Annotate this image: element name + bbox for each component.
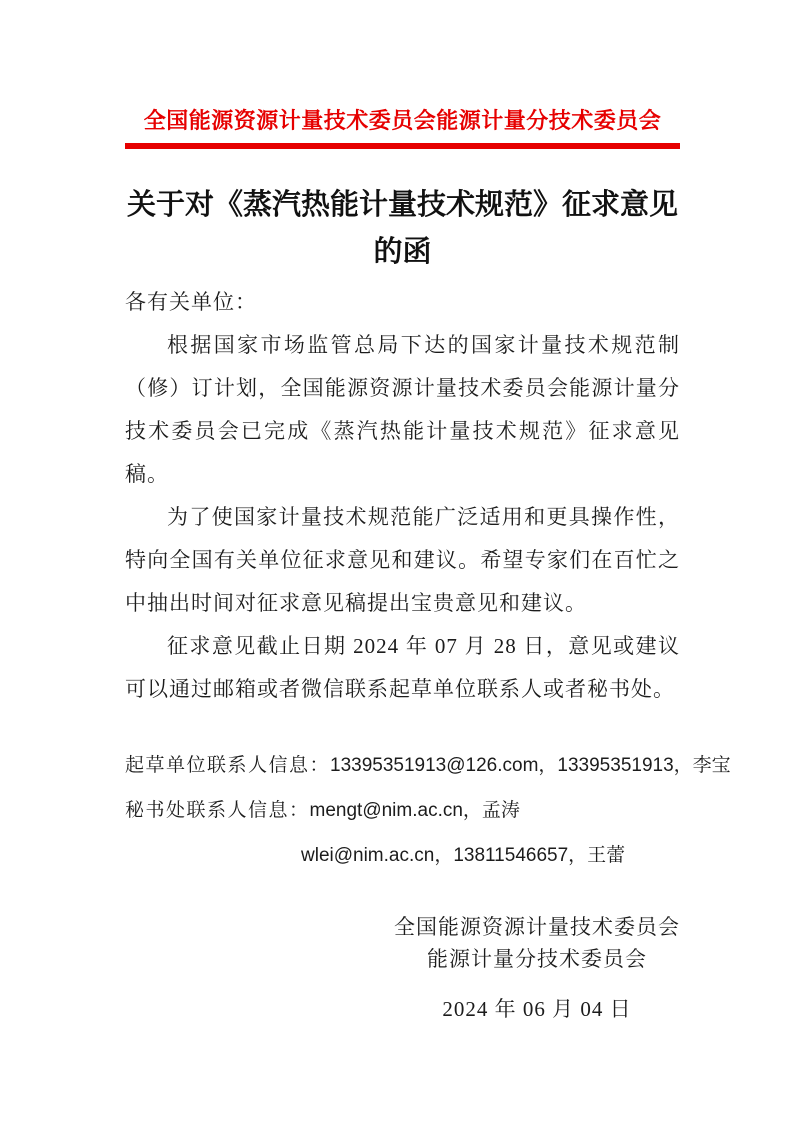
salutation: 各有关单位： xyxy=(125,281,680,324)
contact-info-block: 起草单位联系人信息：13395351913@126.com，1339535191… xyxy=(125,743,680,878)
contact-secretariat-line-2: wlei@nim.ac.cn，13811546657，王蕾 xyxy=(125,833,680,878)
contact-secretariat-value-2: wlei@nim.ac.cn，13811546657，王蕾 xyxy=(301,845,625,866)
contact-secretariat-line: 秘书处联系人信息：mengt@nim.ac.cn，孟涛 xyxy=(125,788,680,833)
body-paragraph-2: 为了使国家计量技术规范能广泛适用和更具操作性，特向全国有关单位征求意见和建议。希… xyxy=(125,496,680,625)
document-title: 关于对《蒸汽热能计量技术规范》征求意见的函 xyxy=(125,182,680,276)
signature-org-line-1: 全国能源资源计量技术委员会 xyxy=(394,911,680,943)
letterhead-title: 全国能源资源计量技术委员会能源计量分技术委员会 xyxy=(125,107,680,134)
contact-drafting-label: 起草单位联系人信息： xyxy=(125,743,330,788)
body-paragraph-3: 征求意见截止日期 2024 年 07 月 28 日，意见或建议可以通过邮箱或者微… xyxy=(125,625,680,711)
signature-org-line-2: 能源计量分技术委员会 xyxy=(394,943,680,975)
letterhead-divider xyxy=(125,143,680,149)
contact-drafting-line: 起草单位联系人信息：13395351913@126.com，1339535191… xyxy=(125,743,680,788)
contact-secretariat-label: 秘书处联系人信息： xyxy=(125,788,310,833)
signature-block: 全国能源资源计量技术委员会 能源计量分技术委员会 2024 年 06 月 04 … xyxy=(394,911,680,1025)
body-paragraph-1: 根据国家市场监管总局下达的国家计量技术规范制（修）订计划，全国能源资源计量技术委… xyxy=(125,324,680,496)
document-page: 全国能源资源计量技术委员会能源计量分技术委员会 关于对《蒸汽热能计量技术规范》征… xyxy=(0,0,800,1131)
contact-secretariat-value-1: mengt@nim.ac.cn，孟涛 xyxy=(310,800,520,821)
contact-drafting-value: 13395351913@126.com，13395351913，李宝 xyxy=(330,755,731,776)
signature-date: 2024 年 06 月 04 日 xyxy=(394,993,680,1025)
